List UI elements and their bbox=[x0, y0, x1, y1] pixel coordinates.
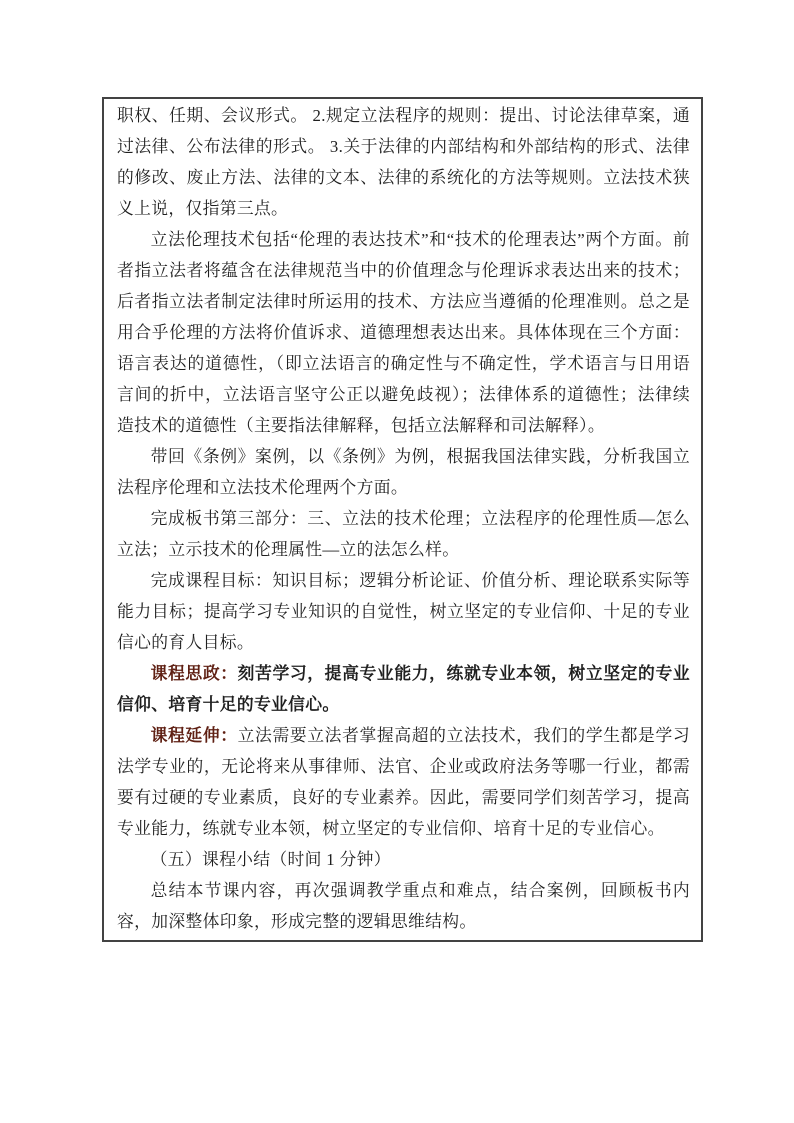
paragraph: 职权、任期、会议形式。 2.规定立法程序的规则：提出、讨论法律草案，通过法律、公… bbox=[117, 100, 690, 224]
paragraph: 完成课程目标：知识目标；逻辑分析论证、价值分析、理论联系实际等能力目标；提高学习… bbox=[117, 565, 690, 658]
paragraph: 完成板书第三部分：三、立法的技术伦理；立法程序的伦理性质—怎么立法；立示技术的伦… bbox=[117, 503, 690, 565]
lesson-plan-table-cell: 职权、任期、会议形式。 2.规定立法程序的规则：提出、讨论法律草案，通过法律、公… bbox=[102, 97, 703, 942]
paragraph: 立法伦理技术包括“伦理的表达技术”和“技术的伦理表达”两个方面。前者指立法者将蕴… bbox=[117, 224, 690, 441]
paragraph-body: 职权、任期、会议形式。 2.规定立法程序的规则：提出、讨论法律草案，通过法律、公… bbox=[117, 106, 690, 218]
paragraph: 带回《条例》案例，以《条例》为例，根据我国法律实践，分析我国立法程序伦理和立法技… bbox=[117, 441, 690, 503]
paragraph-body: 总结本节课内容，再次强调教学重点和难点，结合案例，回顾板书内容，加深整体印象，形… bbox=[117, 881, 690, 931]
paragraph-section-heading: （五）课程小结（时间 1 分钟） bbox=[117, 844, 690, 875]
paragraph-body: 带回《条例》案例，以《条例》为例，根据我国法律实践，分析我国立法程序伦理和立法技… bbox=[117, 447, 690, 497]
paragraph-lead-emphasis: 课程思政： bbox=[151, 664, 238, 683]
paragraph: 总结本节课内容，再次强调教学重点和难点，结合案例，回顾板书内容，加深整体印象，形… bbox=[117, 875, 690, 937]
paragraph-body: 完成板书第三部分：三、立法的技术伦理；立法程序的伦理性质—怎么立法；立示技术的伦… bbox=[117, 509, 690, 559]
paragraph-extension: 课程延伸：立法需要立法者掌握高超的立法技术，我们的学生都是学习法学专业的，无论将… bbox=[117, 720, 690, 844]
paragraph-lead-emphasis: 课程延伸： bbox=[151, 726, 238, 745]
paragraph-body: （五）课程小结（时间 1 分钟） bbox=[151, 850, 391, 869]
paragraph-body: 完成课程目标：知识目标；逻辑分析论证、价值分析、理论联系实际等能力目标；提高学习… bbox=[117, 571, 690, 652]
document-page: 职权、任期、会议形式。 2.规定立法程序的规则：提出、讨论法律草案，通过法律、公… bbox=[0, 0, 794, 1123]
paragraph-body: 立法伦理技术包括“伦理的表达技术”和“技术的伦理表达”两个方面。前者指立法者将蕴… bbox=[117, 230, 690, 435]
paragraph-ideology-emphasis: 课程思政：刻苦学习，提高专业能力，练就专业本领，树立坚定的专业信仰、培育十足的专… bbox=[117, 658, 690, 720]
